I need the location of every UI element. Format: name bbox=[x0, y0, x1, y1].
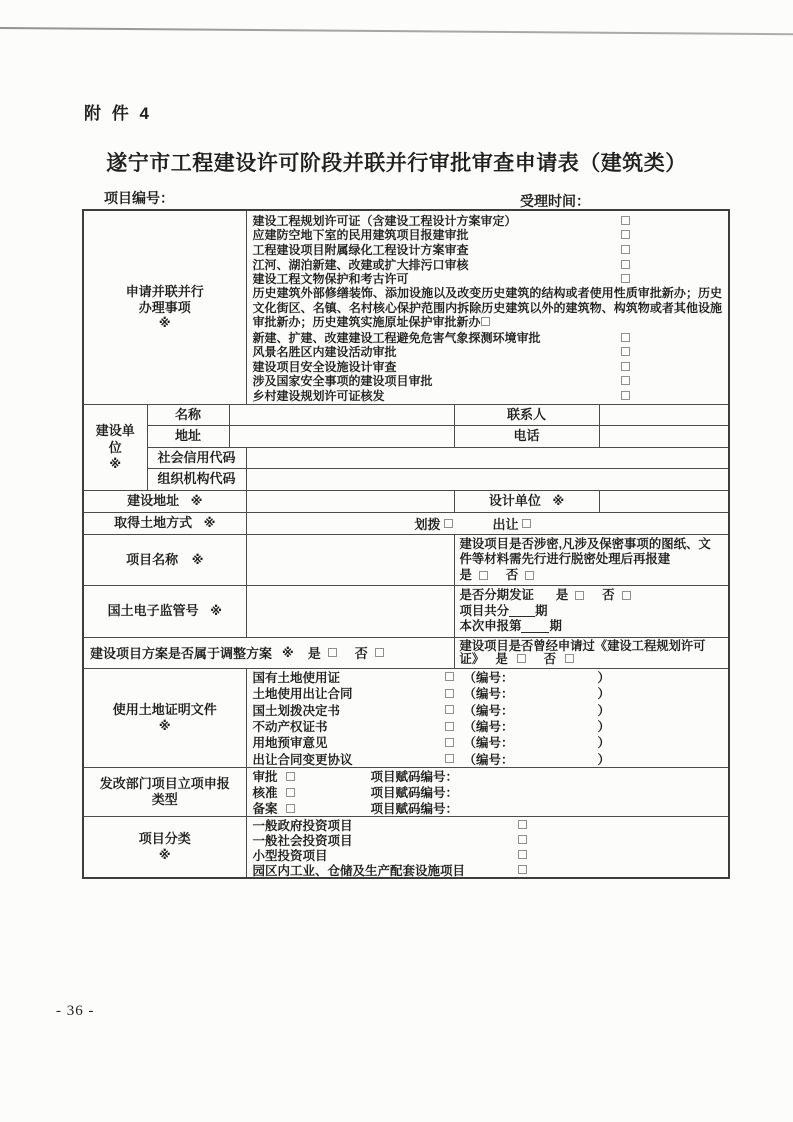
checklist-item: 应建防空地下室的民用建筑项目报建审批 bbox=[253, 228, 723, 243]
secrecy-no-checkbox-icon[interactable] bbox=[525, 571, 534, 580]
land-doc-item: 国有土地使用证 （编号： ） bbox=[253, 669, 723, 685]
land-doc-checkbox-icon[interactable] bbox=[445, 672, 454, 681]
checkbox-icon[interactable] bbox=[621, 274, 630, 283]
row-site: 建设地址 ※ 设计单位 ※ bbox=[83, 490, 729, 512]
adjustment-no-checkbox-icon[interactable] bbox=[375, 648, 384, 657]
yes-label: 是 bbox=[496, 652, 508, 666]
checkbox-icon[interactable] bbox=[621, 391, 630, 400]
unit-name-label: 名称 bbox=[147, 404, 229, 425]
ndrc-label-line2: 类型 bbox=[84, 792, 246, 808]
page-number: - 36 - bbox=[56, 1003, 95, 1020]
checklist-item-label: 建设工程文物保护和考古许可 bbox=[253, 270, 409, 287]
phased-label: 是否分期发证 bbox=[460, 588, 534, 604]
no-label: 否 bbox=[506, 568, 518, 584]
land-mode-options-cell: 划拨 出让 bbox=[246, 512, 729, 534]
required-mark: ※ bbox=[553, 494, 565, 508]
ndrc-item-label: 备案 bbox=[253, 799, 278, 817]
doc-number-prefix: （编号： bbox=[464, 684, 514, 702]
no-label: 否 bbox=[355, 643, 368, 662]
phone-label: 电话 bbox=[454, 425, 599, 447]
land-doc-label: 国有土地使用证 bbox=[253, 668, 445, 686]
land-doc-checkbox-icon[interactable] bbox=[445, 689, 454, 698]
land-docs-label: 使用土地证明文件 bbox=[84, 702, 246, 718]
required-mark: ※ bbox=[84, 457, 147, 472]
prior-permit-yes-checkbox-icon[interactable] bbox=[517, 654, 526, 663]
land-doc-label: 国土划拨决定书 bbox=[253, 701, 445, 719]
ndrc-checkbox-icon[interactable] bbox=[286, 804, 295, 813]
project-name-label-cell: 项目名称 ※ bbox=[83, 534, 246, 586]
row-classification: 项目分类 ※ 一般政府投资项目 一般社会投资项目 小型投资项目 园区内工业、仓储… bbox=[83, 817, 729, 879]
land-doc-label: 土地使用出让合同 bbox=[253, 684, 445, 702]
land-doc-label: 不动产权证书 bbox=[253, 717, 445, 735]
accept-time-label: 受理时间： bbox=[520, 191, 590, 211]
doc-number-prefix: （编号： bbox=[464, 717, 514, 735]
required-mark: ※ bbox=[84, 719, 246, 734]
project-number-label: 项目编号： bbox=[104, 188, 174, 208]
land-doc-checkbox-icon[interactable] bbox=[445, 705, 454, 714]
yes-label: 是 bbox=[308, 643, 321, 662]
ndrc-checkbox-icon[interactable] bbox=[286, 788, 295, 797]
checkbox-icon[interactable] bbox=[621, 347, 630, 356]
land-mode-label-cell: 取得土地方式 ※ bbox=[83, 512, 246, 534]
contact-label: 联系人 bbox=[454, 404, 599, 425]
land-doc-label: 出让合同变更协议 bbox=[253, 750, 445, 768]
checkbox-icon[interactable] bbox=[621, 362, 630, 371]
checklist-item: 涉及国家安全事项的建设项目审批 bbox=[253, 374, 723, 389]
ndrc-item: 审批 项目赋码编号： bbox=[253, 768, 723, 784]
checkbox-icon[interactable] bbox=[481, 317, 490, 326]
required-mark: ※ bbox=[84, 848, 246, 863]
land-doc-label: 用地预审意见 bbox=[253, 733, 445, 751]
land-doc-item: 国土划拨决定书 （编号： ） bbox=[253, 702, 723, 718]
land-docs-label-cell: 使用土地证明文件 ※ bbox=[83, 668, 246, 767]
parallel-label-line1: 申请并联并行 bbox=[84, 284, 246, 300]
checkbox-icon[interactable] bbox=[621, 333, 630, 342]
required-mark: ※ bbox=[210, 604, 222, 618]
ndrc-checkbox-icon[interactable] bbox=[286, 772, 295, 781]
supervision-label: 国土电子监管号 bbox=[108, 603, 199, 618]
phone-field[interactable] bbox=[599, 425, 729, 447]
doc-number-prefix: （编号： bbox=[464, 668, 514, 686]
project-code-label: 项目赋码编号： bbox=[371, 799, 459, 817]
checklist-item-long: 历史建筑外部修缮装饰、添加设施以及改变历史建筑的结构或者使用性质审批新办；历史文… bbox=[253, 286, 723, 330]
project-name-label: 项目名称 bbox=[126, 552, 178, 567]
supervision-field[interactable] bbox=[246, 586, 454, 638]
row-adjustment: 建设项目方案是否属于调整方案 ※ 是 否 建设项目是否曾经申请过《建设工程规划许… bbox=[83, 637, 729, 668]
phase-current-prefix: 本次申报第 bbox=[460, 619, 522, 635]
required-mark: ※ bbox=[84, 316, 246, 331]
grant-option-label: 出让 bbox=[493, 514, 519, 533]
prior-permit-no-checkbox-icon[interactable] bbox=[565, 654, 574, 663]
supervision-label-cell: 国土电子监管号 ※ bbox=[83, 586, 246, 638]
ndrc-item: 核准 项目赋码编号： bbox=[253, 784, 723, 800]
row-credit-code: 社会信用代码 bbox=[83, 447, 729, 468]
phase-total-blank[interactable] bbox=[509, 605, 535, 617]
row-parallel-items: 申请并联并行 办理事项 ※ 建设工程规划许可证（含建设工程设计方案审定） 应建防… bbox=[83, 210, 729, 404]
required-mark: ※ bbox=[204, 516, 216, 530]
required-mark: ※ bbox=[282, 646, 294, 660]
required-mark: ※ bbox=[191, 494, 203, 508]
ndrc-item: 备案 项目赋码编号： bbox=[253, 800, 723, 816]
site-label-cell: 建设地址 ※ bbox=[83, 490, 246, 512]
secrecy-yes-checkbox-icon[interactable] bbox=[479, 571, 488, 580]
phase-current-blank[interactable] bbox=[521, 621, 549, 633]
classification-label-cell: 项目分类 ※ bbox=[83, 817, 246, 879]
checklist-item: 建设工程规划许可证（含建设工程设计方案审定） bbox=[253, 213, 723, 228]
classification-item-label: 园区内工业、仓储及生产配套设施项目 bbox=[253, 861, 466, 879]
allocate-checkbox-icon[interactable] bbox=[444, 519, 453, 528]
no-label: 否 bbox=[602, 588, 614, 604]
ndrc-list-cell: 审批 项目赋码编号： 核准 项目赋码编号： 备案 项目赋码编号： bbox=[246, 768, 729, 817]
credit-code-label: 社会信用代码 bbox=[147, 447, 246, 468]
doc-number-suffix: ） bbox=[598, 733, 611, 751]
phase-total-suffix: 期 bbox=[535, 604, 547, 620]
land-doc-item: 用地预审意见 （编号： ） bbox=[253, 734, 723, 750]
secrecy-text: 建设项目是否涉密,凡涉及保密事项的图纸、文件等材料需先行进行脱密处理后再报建 bbox=[460, 537, 724, 568]
project-name-field[interactable] bbox=[246, 534, 454, 586]
scan-edge-artifact bbox=[0, 27, 793, 35]
doc-number-prefix: （编号： bbox=[464, 701, 514, 719]
parallel-items-label-cell: 申请并联并行 办理事项 ※ bbox=[83, 210, 246, 404]
checkbox-icon[interactable] bbox=[621, 216, 630, 225]
classification-checkbox-icon[interactable] bbox=[518, 865, 527, 874]
attachment-label: 附 件 4 bbox=[84, 99, 152, 124]
grant-checkbox-icon[interactable] bbox=[522, 519, 531, 528]
phase-current-suffix: 期 bbox=[549, 619, 561, 635]
credit-code-field[interactable] bbox=[246, 447, 729, 468]
allocate-option-label: 划拨 bbox=[415, 514, 441, 533]
row-land-docs: 使用土地证明文件 ※ 国有土地使用证 （编号： ） 土地使用出让合同 （编号： … bbox=[83, 668, 729, 767]
secrecy-cell: 建设项目是否涉密,凡涉及保密事项的图纸、文件等材料需先行进行脱密处理后再报建 是… bbox=[454, 534, 729, 586]
land-doc-checkbox-icon[interactable] bbox=[445, 738, 454, 747]
row-unit-name: 建设单位 ※ 名称 联系人 bbox=[83, 404, 729, 425]
land-doc-item: 出让合同变更协议 （编号： ） bbox=[253, 751, 723, 767]
unit-group-label: 建设单位 bbox=[92, 423, 138, 457]
classification-checkbox-icon[interactable] bbox=[518, 835, 527, 844]
row-project-name: 项目名称 ※ 建设项目是否涉密,凡涉及保密事项的图纸、文件等材料需先行进行脱密处… bbox=[83, 534, 729, 586]
org-code-field[interactable] bbox=[246, 468, 729, 490]
land-doc-checkbox-icon[interactable] bbox=[445, 754, 454, 763]
phased-cell: 是否分期发证 是 否 项目共分 期 本次申报第 期 bbox=[454, 586, 729, 638]
land-docs-list-cell: 国有土地使用证 （编号： ） 土地使用出让合同 （编号： ） 国土划拨决定书 （… bbox=[246, 668, 729, 767]
designer-label-cell: 设计单位 ※ bbox=[454, 490, 599, 512]
classification-checkbox-icon[interactable] bbox=[518, 820, 527, 829]
checklist-item: 建设项目安全设施设计审查 bbox=[253, 359, 723, 374]
row-ndrc: 发改部门项目立项申报 类型 审批 项目赋码编号： 核准 项目赋码编号： 备案 项… bbox=[83, 768, 729, 817]
adjustment-yes-checkbox-icon[interactable] bbox=[328, 648, 337, 657]
land-doc-item: 不动产权证书 （编号： ） bbox=[253, 718, 723, 734]
land-doc-item: 土地使用出让合同 （编号： ） bbox=[253, 685, 723, 701]
unit-address-field[interactable] bbox=[229, 425, 454, 447]
ndrc-label-line1: 发改部门项目立项申报 bbox=[84, 776, 246, 792]
site-label: 建设地址 bbox=[127, 493, 179, 508]
designer-field[interactable] bbox=[599, 490, 729, 512]
doc-number-suffix: ） bbox=[598, 701, 611, 719]
no-label: 否 bbox=[544, 652, 556, 666]
checklist-item: 新建、扩建、改建建设工程避免危害气象探测环境审批 bbox=[253, 330, 723, 345]
row-supervision: 国土电子监管号 ※ 是否分期发证 是 否 项目共分 期 本次申报第 期 bbox=[83, 586, 729, 638]
row-unit-address: 地址 电话 bbox=[83, 425, 729, 447]
adjustment-left-cell: 建设项目方案是否属于调整方案 ※ 是 否 bbox=[83, 637, 454, 668]
checkbox-icon[interactable] bbox=[621, 245, 630, 254]
checkbox-icon[interactable] bbox=[621, 260, 630, 269]
application-form-table: 申请并联并行 办理事项 ※ 建设工程规划许可证（含建设工程设计方案审定） 应建防… bbox=[82, 209, 730, 879]
classification-label: 项目分类 bbox=[84, 831, 246, 847]
checklist-item: 乡村建设规划许可证核发 bbox=[253, 388, 723, 403]
classification-item: 园区内工业、仓储及生产配套设施项目 bbox=[253, 862, 723, 877]
doc-number-suffix: ） bbox=[598, 717, 611, 735]
checklist-item: 工程建设项目附属绿化工程设计方案审查 bbox=[253, 242, 723, 257]
checklist-item: 风景名胜区内建设活动审批 bbox=[253, 344, 723, 359]
checkbox-icon[interactable] bbox=[621, 230, 630, 239]
parallel-items-cell: 建设工程规划许可证（含建设工程设计方案审定） 应建防空地下室的民用建筑项目报建审… bbox=[246, 210, 729, 404]
phased-yes-checkbox-icon[interactable] bbox=[575, 591, 584, 600]
org-code-label: 组织机构代码 bbox=[147, 468, 246, 490]
yes-label: 是 bbox=[556, 588, 568, 604]
prior-permit-cell: 建设项目是否曾经申请过《建设工程规划许可证》 是 否 bbox=[454, 637, 729, 668]
ndrc-label-cell: 发改部门项目立项申报 类型 bbox=[83, 768, 246, 817]
form-title: 遂宁市工程建设许可阶段并联并行审批审查申请表（建筑类） bbox=[0, 147, 793, 177]
land-doc-checkbox-icon[interactable] bbox=[445, 722, 454, 731]
adjustment-label: 建设项目方案是否属于调整方案 bbox=[90, 643, 272, 662]
doc-number-suffix: ） bbox=[598, 668, 611, 686]
unit-address-label: 地址 bbox=[147, 425, 229, 447]
doc-number-prefix: （编号： bbox=[464, 750, 514, 768]
phase-total-prefix: 项目共分 bbox=[460, 604, 510, 620]
doc-number-suffix: ） bbox=[598, 684, 611, 702]
unit-group-label-cell: 建设单位 ※ bbox=[83, 404, 147, 490]
checklist-item-label: 乡村建设规划许可证核发 bbox=[253, 387, 385, 404]
contact-field[interactable] bbox=[599, 404, 729, 425]
doc-number-suffix: ） bbox=[598, 750, 611, 768]
doc-number-prefix: （编号： bbox=[464, 733, 514, 751]
parallel-label-line2: 办理事项 bbox=[84, 300, 246, 316]
checklist-item: 建设工程文物保护和考古许可 bbox=[253, 271, 723, 286]
unit-name-field[interactable] bbox=[229, 404, 454, 425]
classification-checkbox-icon[interactable] bbox=[518, 850, 527, 859]
required-mark: ※ bbox=[192, 553, 204, 567]
checkbox-icon[interactable] bbox=[621, 376, 630, 385]
row-org-code: 组织机构代码 bbox=[83, 468, 729, 490]
phased-no-checkbox-icon[interactable] bbox=[622, 591, 631, 600]
land-mode-label: 取得土地方式 bbox=[114, 515, 192, 530]
checklist-item: 江河、湖泊新建、改建或扩大排污口审核 bbox=[253, 257, 723, 272]
row-land-mode: 取得土地方式 ※ 划拨 出让 bbox=[83, 512, 729, 534]
site-field[interactable] bbox=[246, 490, 454, 512]
designer-label: 设计单位 bbox=[489, 493, 541, 508]
classification-list-cell: 一般政府投资项目 一般社会投资项目 小型投资项目 园区内工业、仓储及生产配套设施… bbox=[246, 817, 729, 879]
yes-label: 是 bbox=[460, 568, 472, 584]
